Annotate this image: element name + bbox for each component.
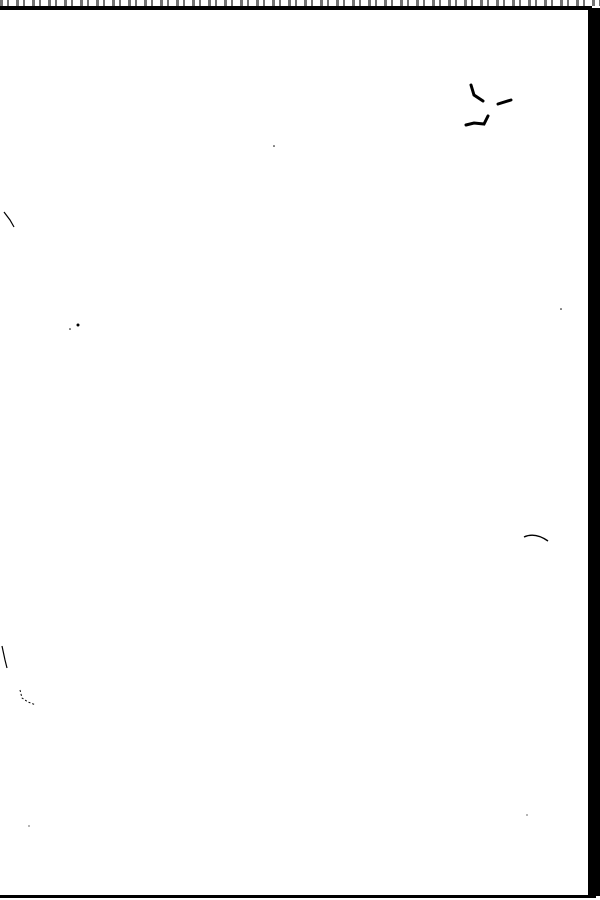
scanned-page [0, 0, 600, 900]
ink-smudge [466, 85, 511, 125]
ink-marks [0, 0, 600, 900]
